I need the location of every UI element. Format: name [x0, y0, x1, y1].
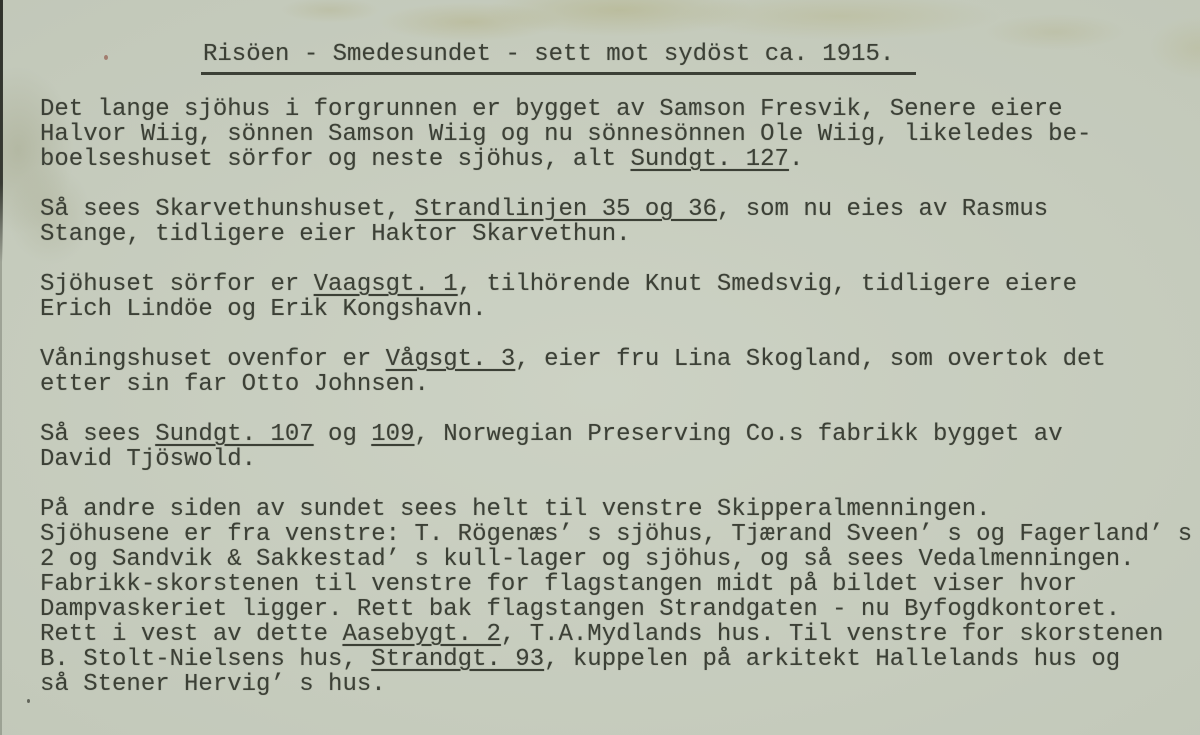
text-segment: Sjöhuset sörfor er: [40, 271, 314, 298]
text-segment: , eier fru Lina Skogland, som overtok de…: [515, 346, 1106, 373]
page: Risöen - Smedesundet - sett mot sydöst c…: [0, 0, 1200, 735]
text-segment: Fabrikk-skorstenen til venstre for flags…: [40, 571, 1077, 598]
text-segment: David Tjöswold.: [40, 446, 256, 473]
text-segment: så Stener Hervig’ s hus.: [40, 671, 386, 698]
text-segment: B. Stolt-Nielsens hus,: [40, 646, 371, 673]
document-title-text: Risöen - Smedesundet - sett mot sydöst c…: [201, 42, 916, 75]
text-line: Sjöhuset sörfor er Vaagsgt. 1, tilhörend…: [40, 272, 1190, 297]
text-line: På andre siden av sundet sees helt til v…: [40, 497, 1190, 522]
text-line: Stange, tidligere eier Haktor Skarvethun…: [40, 222, 1190, 247]
text-segment: etter sin far Otto Johnsen.: [40, 371, 429, 398]
paragraph: På andre siden av sundet sees helt til v…: [40, 497, 1190, 697]
paragraph: Våningshuset ovenfor er Vågsgt. 3, eier …: [40, 347, 1190, 397]
text-line: David Tjöswold.: [40, 447, 1190, 472]
text-line: Dampvaskeriet ligger. Rett bak flagstang…: [40, 597, 1190, 622]
text-segment: boelseshuset sörfor og neste sjöhus, alt: [40, 146, 631, 173]
text-segment: og: [314, 421, 372, 448]
text-line: Det lange sjöhus i forgrunnen er bygget …: [40, 97, 1190, 122]
paragraph: Det lange sjöhus i forgrunnen er bygget …: [40, 97, 1190, 172]
underlined-address: Sundgt. 127: [631, 146, 789, 173]
text-segment: Våningshuset ovenfor er: [40, 346, 386, 373]
document-title: Risöen - Smedesundet - sett mot sydöst c…: [205, 42, 916, 75]
underlined-address: 109: [371, 421, 414, 448]
text-segment: Rett i vest av dette: [40, 621, 342, 648]
text-line: Så sees Sundgt. 107 og 109, Norwegian Pr…: [40, 422, 1190, 447]
text-segment: Det lange sjöhus i forgrunnen er bygget …: [40, 96, 1063, 123]
text-line: Så sees Skarvethunshuset, Strandlinjen 3…: [40, 197, 1190, 222]
text-segment: .: [789, 146, 803, 173]
text-segment: 2 og Sandvik & Sakkestad’ s kull-lager o…: [40, 546, 1135, 573]
text-line: Halvor Wiig, sönnen Samson Wiig og nu sö…: [40, 122, 1190, 147]
text-segment: , som nu eies av Rasmus: [717, 196, 1048, 223]
text-line: Våningshuset ovenfor er Vågsgt. 3, eier …: [40, 347, 1190, 372]
text-segment: Stange, tidligere eier Haktor Skarvethun…: [40, 221, 631, 248]
underlined-address: Vågsgt. 3: [386, 346, 516, 373]
text-line: Fabrikk-skorstenen til venstre for flags…: [40, 572, 1190, 597]
paragraph: Så sees Sundgt. 107 og 109, Norwegian Pr…: [40, 422, 1190, 472]
paragraph: Sjöhuset sörfor er Vaagsgt. 1, tilhörend…: [40, 272, 1190, 322]
underlined-address: Strandgt. 93: [371, 646, 544, 673]
underlined-address: Aasebygt. 2: [342, 621, 500, 648]
text-segment: Sjöhusene er fra venstre: T. Rögenæs’ s …: [40, 521, 1192, 548]
text-line: 2 og Sandvik & Sakkestad’ s kull-lager o…: [40, 547, 1190, 572]
text-segment: , tilhörende Knut Smedsvig, tidligere ei…: [458, 271, 1077, 298]
scanned-document-page: { "page": { "paper_color": "#c9cfc0", "i…: [0, 0, 1200, 735]
text-segment: , kuppelen på arkitekt Hallelands hus og: [544, 646, 1120, 673]
underlined-address: Vaagsgt. 1: [314, 271, 458, 298]
paper-speck: [27, 699, 30, 703]
text-line: B. Stolt-Nielsens hus, Strandgt. 93, kup…: [40, 647, 1190, 672]
text-segment: Erich Lindöe og Erik Kongshavn.: [40, 296, 486, 323]
text-line: Erich Lindöe og Erik Kongshavn.: [40, 297, 1190, 322]
underlined-address: Strandlinjen 35 og 36: [414, 196, 716, 223]
text-segment: Så sees Skarvethunshuset,: [40, 196, 414, 223]
text-segment: , T.A.Mydlands hus. Til venstre for skor…: [501, 621, 1164, 648]
paper-speck: [104, 55, 108, 60]
text-line: Rett i vest av dette Aasebygt. 2, T.A.My…: [40, 622, 1190, 647]
text-line: Sjöhusene er fra venstre: T. Rögenæs’ s …: [40, 522, 1190, 547]
text-segment: Dampvaskeriet ligger. Rett bak flagstang…: [40, 596, 1120, 623]
paragraph: Så sees Skarvethunshuset, Strandlinjen 3…: [40, 197, 1190, 247]
scan-edge-line: [0, 0, 3, 262]
text-line: boelseshuset sörfor og neste sjöhus, alt…: [40, 147, 1190, 172]
text-segment: På andre siden av sundet sees helt til v…: [40, 496, 991, 523]
document-body: Det lange sjöhus i forgrunnen er bygget …: [40, 97, 1190, 722]
text-segment: Halvor Wiig, sönnen Samson Wiig og nu sö…: [40, 121, 1091, 148]
text-line: etter sin far Otto Johnsen.: [40, 372, 1190, 397]
text-segment: , Norwegian Preserving Co.s fabrikk bygg…: [414, 421, 1062, 448]
text-segment: Så sees: [40, 421, 155, 448]
underlined-address: Sundgt. 107: [155, 421, 313, 448]
text-line: så Stener Hervig’ s hus.: [40, 672, 1190, 697]
